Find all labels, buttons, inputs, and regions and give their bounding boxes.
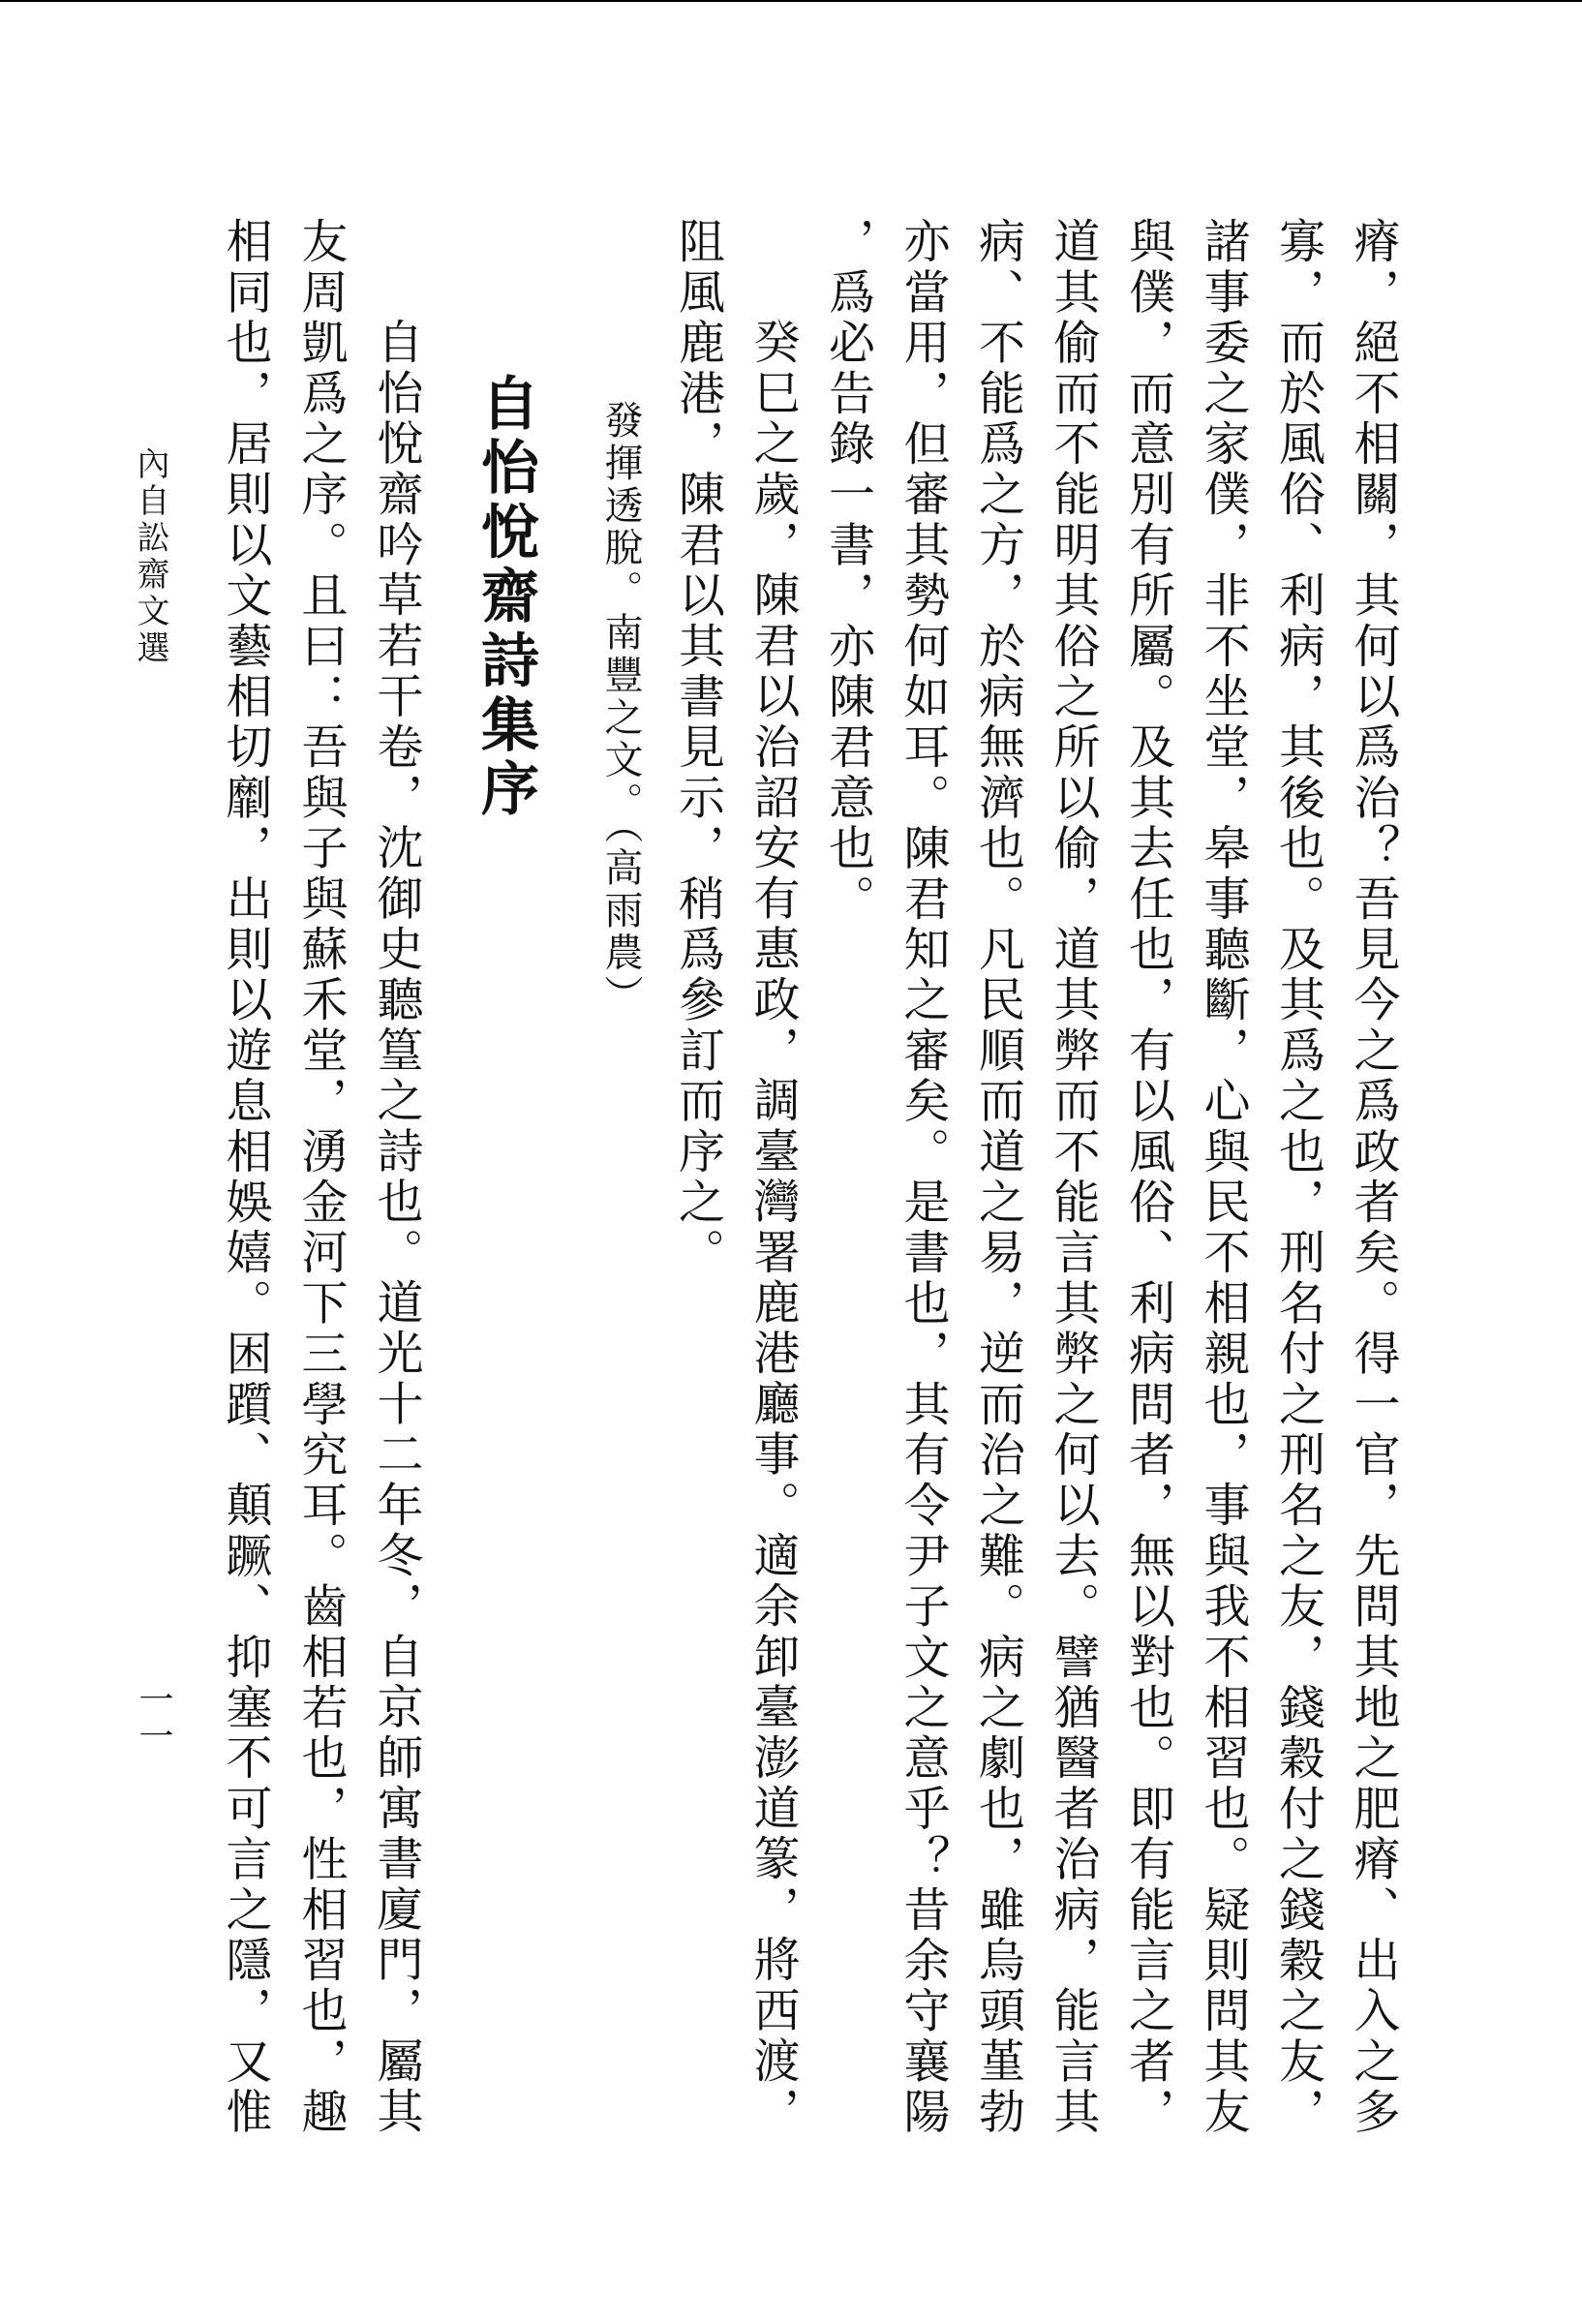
essay-paragraph-start-column: 自怡悅齋吟草若干卷，沈御史聽篁之詩也。道光十二年冬，自京師寓書廈門，屬其 <box>371 318 421 2137</box>
essay-title: 自怡悅齋詩集序 <box>474 373 536 823</box>
essay-text-column: 友周凱爲之序。且曰：吾與子與蘇禾堂，湧金河下三學究耳。齒相若也，性相習也，趣 <box>295 217 346 2138</box>
page-number: 一一 <box>134 1681 172 1755</box>
new-essay-section: 自怡悅齋詩集序 自怡悅齋吟草若干卷，沈御史聽篁之詩也。道光十二年冬，自京師寓書廈… <box>0 0 1582 2324</box>
running-head: 內自訟齋文選 <box>131 446 169 667</box>
essay-text-column: 相同也，居則以文藝相切劘，出則以遊息相娛嬉。困躓、顛蹶、抑塞不可言之隱，又惟 <box>220 217 270 2138</box>
scanned-book-page: 瘠，絕不相關，其何以爲治？吾見今之爲政者矣。得一官，先問其地之肥瘠、出入之多 寡… <box>0 0 1582 2324</box>
